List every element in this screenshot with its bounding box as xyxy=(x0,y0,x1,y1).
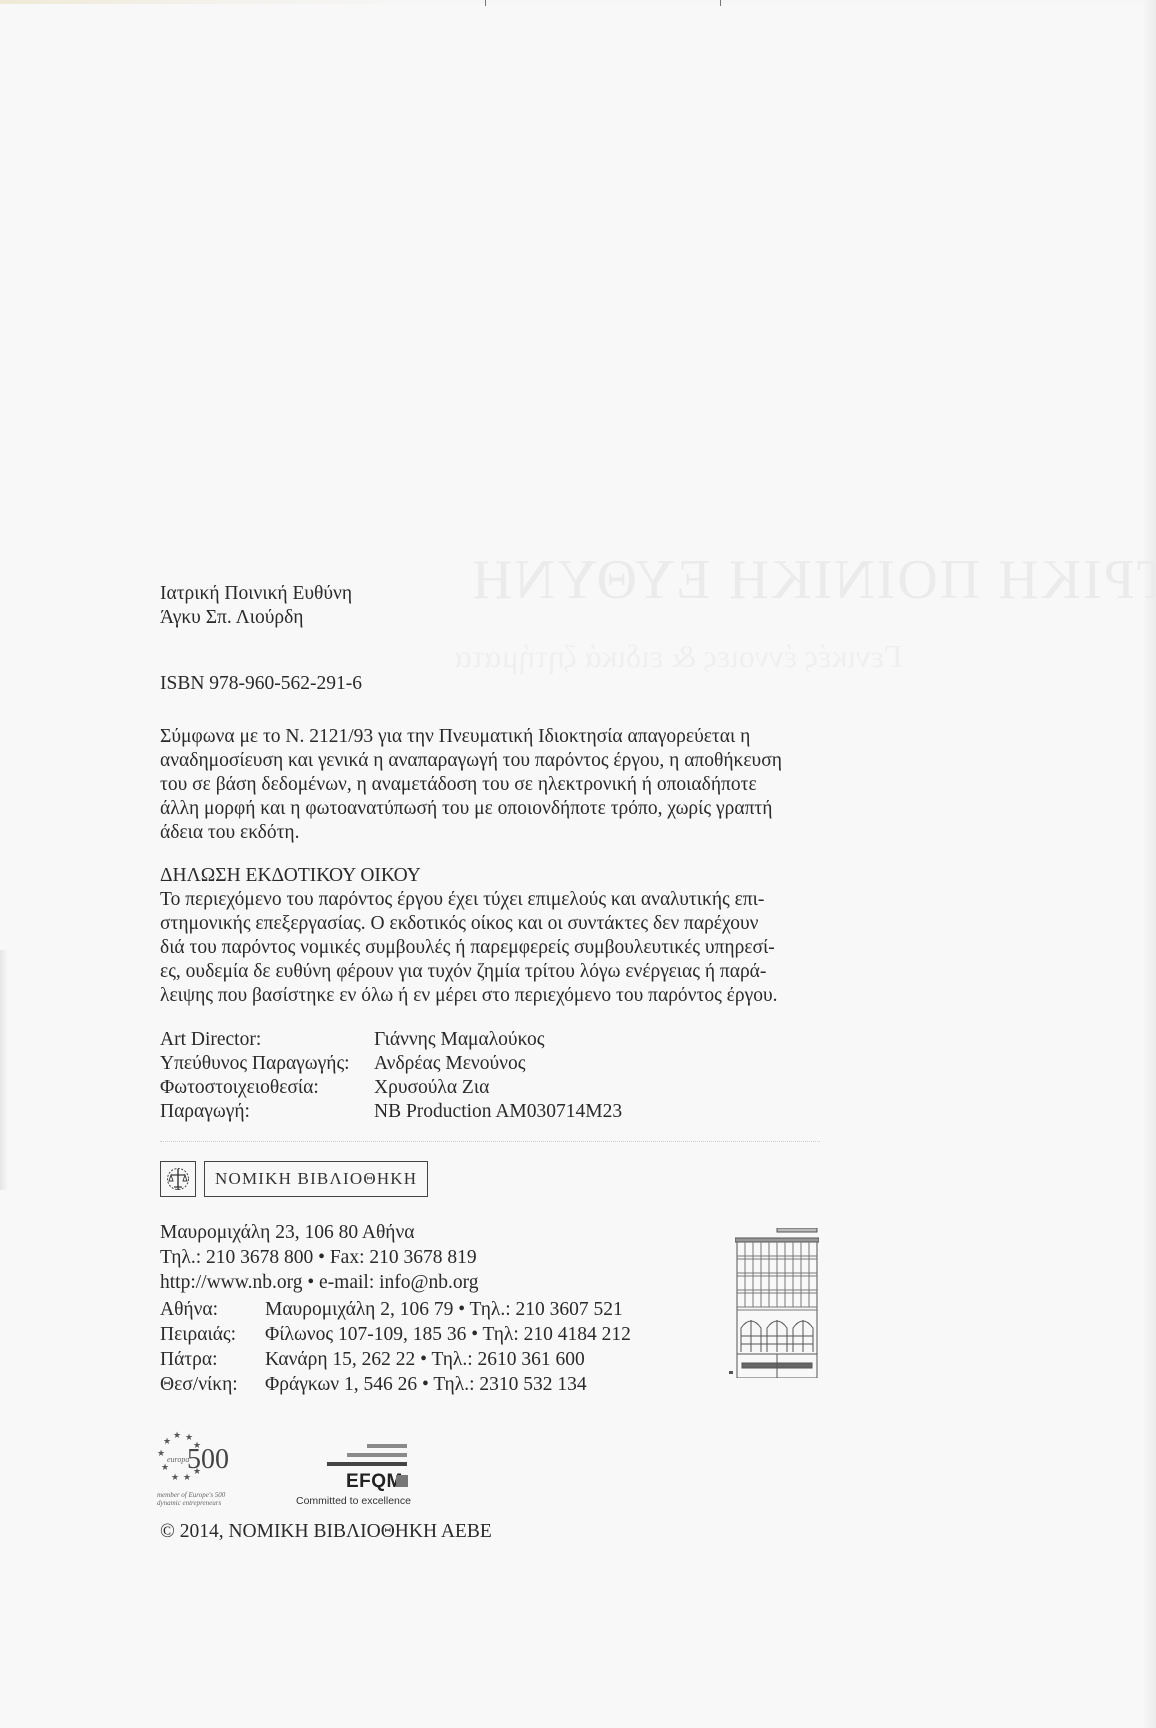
credit-row: Παραγωγή: NB Production AM030714M23 xyxy=(160,1100,622,1124)
notice-line: Σύμφωνα με το Ν. 2121/93 για την Πνευματ… xyxy=(160,725,840,749)
branch-details: Κανάρη 15, 262 22 • Τηλ.: 2610 361 600 xyxy=(265,1347,631,1372)
scan-mark xyxy=(485,0,486,6)
page-right-edge xyxy=(1142,0,1156,1728)
bleed-through-subtitle: Γενικές έννοιες & ειδικά ζητήματα xyxy=(455,638,902,675)
publisher-brand: ΝΟΜΙΚΗ ΒΙΒΛΙΟΘΗΚΗ xyxy=(160,1161,428,1195)
branch-row: Αθήνα: Μαυρομιχάλη 2, 106 79 • Τηλ.: 210… xyxy=(160,1297,631,1322)
copyright-notice: Σύμφωνα με το Ν. 2121/93 για την Πνευματ… xyxy=(160,725,840,845)
credit-value: NB Production AM030714M23 xyxy=(374,1100,622,1124)
svg-text:★: ★ xyxy=(185,1433,193,1443)
credit-label: Παραγωγή: xyxy=(160,1100,374,1124)
europa-500-logo: ★★★ ★★★ ★★★ europa 500 member of Europe'… xyxy=(155,1430,275,1520)
web-email: http://www.nb.org • e-mail: info@nb.org xyxy=(160,1270,479,1295)
branch-row: Πειραιάς: Φίλωνος 107-109, 185 36 • Τηλ:… xyxy=(160,1322,631,1347)
svg-text:★: ★ xyxy=(157,1449,165,1459)
credit-value: Γιάννης Μαμαλούκος xyxy=(374,1028,622,1052)
credits-table: Art Director: Γιάννης Μαμαλούκος Υπεύθυν… xyxy=(160,1028,622,1124)
credit-value: Χρυσούλα Ζια xyxy=(374,1076,622,1100)
disclaimer-line: Το περιεχόμενο του παρόντος έργου έχει τ… xyxy=(160,888,840,912)
svg-text:★: ★ xyxy=(161,1463,169,1473)
credit-label: Υπεύθυνος Παραγωγής: xyxy=(160,1052,374,1076)
scales-of-justice-icon xyxy=(160,1161,196,1197)
book-author: Άγκυ Σπ. Λιούρδη xyxy=(160,606,352,630)
divider xyxy=(160,1141,820,1142)
head-office-address: Μαυρομιχάλη 23, 106 80 Αθήνα xyxy=(160,1220,479,1245)
branch-city: Θεσ/νίκη: xyxy=(160,1372,265,1397)
notice-line: άδεια του εκδότη. xyxy=(160,821,840,845)
building-illustration-icon xyxy=(735,1228,819,1383)
credit-row: Art Director: Γιάννης Μαμαλούκος xyxy=(160,1028,622,1052)
credit-row: Φωτοστοιχειοθεσία: Χρυσούλα Ζια xyxy=(160,1076,622,1100)
disclaimer-line: λειψης που βασίστηκε εν όλω ή εν μέρει σ… xyxy=(160,984,840,1008)
branch-row: Πάτρα: Κανάρη 15, 262 22 • Τηλ.: 2610 36… xyxy=(160,1347,631,1372)
credit-label: Φωτοστοιχειοθεσία: xyxy=(160,1076,374,1100)
svg-text:★: ★ xyxy=(173,1431,181,1441)
credit-label: Art Director: xyxy=(160,1028,374,1052)
branches: Αθήνα: Μαυρομιχάλη 2, 106 79 • Τηλ.: 210… xyxy=(160,1297,631,1397)
efqm-wordmark: EFQM xyxy=(346,1471,403,1493)
page-top-edge xyxy=(0,0,1156,4)
disclaimer-line: ες, ουδεμία δε ευθύνη φέρουν για τυχόν ζ… xyxy=(160,960,840,984)
notice-line: άλλη μορφή και η φωτοανατύπωσή του με οπ… xyxy=(160,797,840,821)
credit-value: Ανδρέας Μενούνος xyxy=(374,1052,622,1076)
efqm-bar xyxy=(367,1444,407,1448)
efqm-tagline: Committed to excellence xyxy=(296,1495,411,1507)
page-left-edge xyxy=(0,950,8,1190)
copyright-line: © 2014, ΝΟΜΙΚΗ ΒΙΒΛΙΟΘΗΚΗ ΑΕΒΕ xyxy=(160,1520,492,1544)
branch-city: Αθήνα: xyxy=(160,1297,265,1322)
efqm-logo: EFQM Committed to excellence xyxy=(290,1440,435,1510)
disclaimer-heading: ΔΗΛΩΣΗ ΕΚΔΟΤΙΚΟΥ ΟΙΚΟΥ xyxy=(160,864,840,888)
svg-text:500: 500 xyxy=(187,1444,229,1475)
book-title: Ιατρική Ποινική Ευθύνη xyxy=(160,582,352,606)
branch-city: Πάτρα: xyxy=(160,1347,265,1372)
book-info: Ιατρική Ποινική Ευθύνη Άγκυ Σπ. Λιούρδη xyxy=(160,582,352,630)
notice-line: αναδημοσίευση και γενικά η αναπαραγωγή τ… xyxy=(160,749,840,773)
branch-details: Φράγκων 1, 546 26 • Τηλ.: 2310 532 134 xyxy=(265,1372,631,1397)
publisher-disclaimer: ΔΗΛΩΣΗ ΕΚΔΟΤΙΚΟΥ ΟΙΚΟΥ Το περιεχόμενο το… xyxy=(160,864,840,1008)
disclaimer-line: στημονικής επεξεργασίας. Ο εκδοτικός οίκ… xyxy=(160,912,840,936)
notice-line: του σε βάση δεδομένων, η αναμετάδοση του… xyxy=(160,773,840,797)
branch-row: Θεσ/νίκη: Φράγκων 1, 546 26 • Τηλ.: 2310… xyxy=(160,1372,631,1397)
marker-dot xyxy=(729,1371,733,1374)
svg-text:★: ★ xyxy=(171,1473,179,1483)
efqm-bar xyxy=(347,1453,407,1457)
credits: Art Director: Γιάννης Μαμαλούκος Υπεύθυν… xyxy=(160,1028,622,1124)
branch-details: Φίλωνος 107-109, 185 36 • Τηλ: 210 4184 … xyxy=(265,1322,631,1347)
credit-row: Υπεύθυνος Παραγωγής: Ανδρέας Μενούνος xyxy=(160,1052,622,1076)
svg-text:★: ★ xyxy=(163,1437,171,1447)
efqm-bar xyxy=(327,1462,407,1466)
branch-details: Μαυρομιχάλη 2, 106 79 • Τηλ.: 210 3607 5… xyxy=(265,1297,631,1322)
bleed-through-title: ΙΑΤΡΙΚΗ ΠΟΙΝΙΚΗ ΕΥΘΥΝΗ xyxy=(470,548,1156,612)
europa-caption: member of Europe's 500 dynamic entrepren… xyxy=(157,1491,225,1507)
branch-city: Πειραιάς: xyxy=(160,1322,265,1347)
publisher-contact: Μαυρομιχάλη 23, 106 80 Αθήνα Τηλ.: 210 3… xyxy=(160,1220,479,1295)
isbn: ISBN 978-960-562-291-6 xyxy=(160,672,362,696)
efqm-square-icon xyxy=(396,1475,408,1487)
publisher-wordmark: ΝΟΜΙΚΗ ΒΙΒΛΙΟΘΗΚΗ xyxy=(204,1161,428,1197)
scan-mark xyxy=(720,0,721,6)
disclaimer-line: διά του παρόντος νομικές συμβουλές ή παρ… xyxy=(160,936,840,960)
branches-table: Αθήνα: Μαυρομιχάλη 2, 106 79 • Τηλ.: 210… xyxy=(160,1297,631,1397)
phone-fax: Τηλ.: 210 3678 800 • Fax: 210 3678 819 xyxy=(160,1245,479,1270)
